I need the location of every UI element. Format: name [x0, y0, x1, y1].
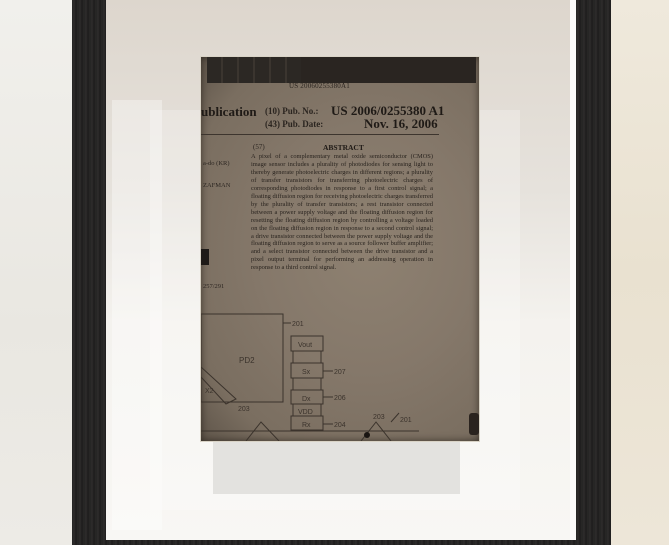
rx-label: Rx: [302, 422, 311, 429]
x2-label: X2: [205, 388, 214, 395]
ref-203: 203: [238, 406, 250, 413]
ref-206: 206: [334, 395, 346, 402]
vdd-label: VDD: [298, 409, 313, 416]
ref-207: 207: [334, 369, 346, 376]
ref-201b: 201: [400, 417, 412, 424]
circuit-diagram: PD2 X2 Vout Sx Dx VDD Rx 201 207 206 203…: [201, 307, 479, 441]
ref-204: 204: [334, 422, 346, 429]
publication-title: ublication: [201, 104, 257, 120]
pub-date-value: Nov. 16, 2006: [364, 116, 438, 132]
header-rule: [201, 134, 439, 135]
mat-edge: [570, 0, 576, 540]
vout-label: Vout: [298, 342, 312, 349]
pub-date-label: (43) Pub. Date:: [265, 119, 323, 129]
black-mark: [201, 249, 209, 265]
ink-spot: [364, 432, 370, 438]
abstract-text: A pixel of a complementary metal oxide s…: [251, 153, 433, 272]
abstract-title: ABSTRACT: [323, 143, 364, 152]
barcode-number: US 20060255380A1: [289, 82, 350, 90]
abstract-code: (57): [253, 143, 265, 151]
ref-203b: 203: [373, 414, 385, 421]
pd2-label: PD2: [239, 356, 255, 365]
left-column-line: 257/291: [203, 283, 224, 290]
wall-right: [611, 0, 669, 545]
plate-corner-damage: [469, 413, 479, 435]
pub-no-label: (10) Pub. No.:: [265, 106, 319, 116]
left-column-line: ZAFMAN: [203, 182, 230, 189]
dx-label: Dx: [302, 396, 311, 403]
sx-label: Sx: [302, 369, 311, 376]
tintype-plate: US 20060255380A1 ublication (10) Pub. No…: [200, 56, 480, 442]
barcode-dark-band: [301, 57, 476, 83]
left-column-line: a-do (KR): [203, 160, 230, 167]
plate-shadow: [213, 440, 460, 494]
ref-201: 201: [292, 321, 304, 328]
wall-left: [0, 0, 72, 545]
